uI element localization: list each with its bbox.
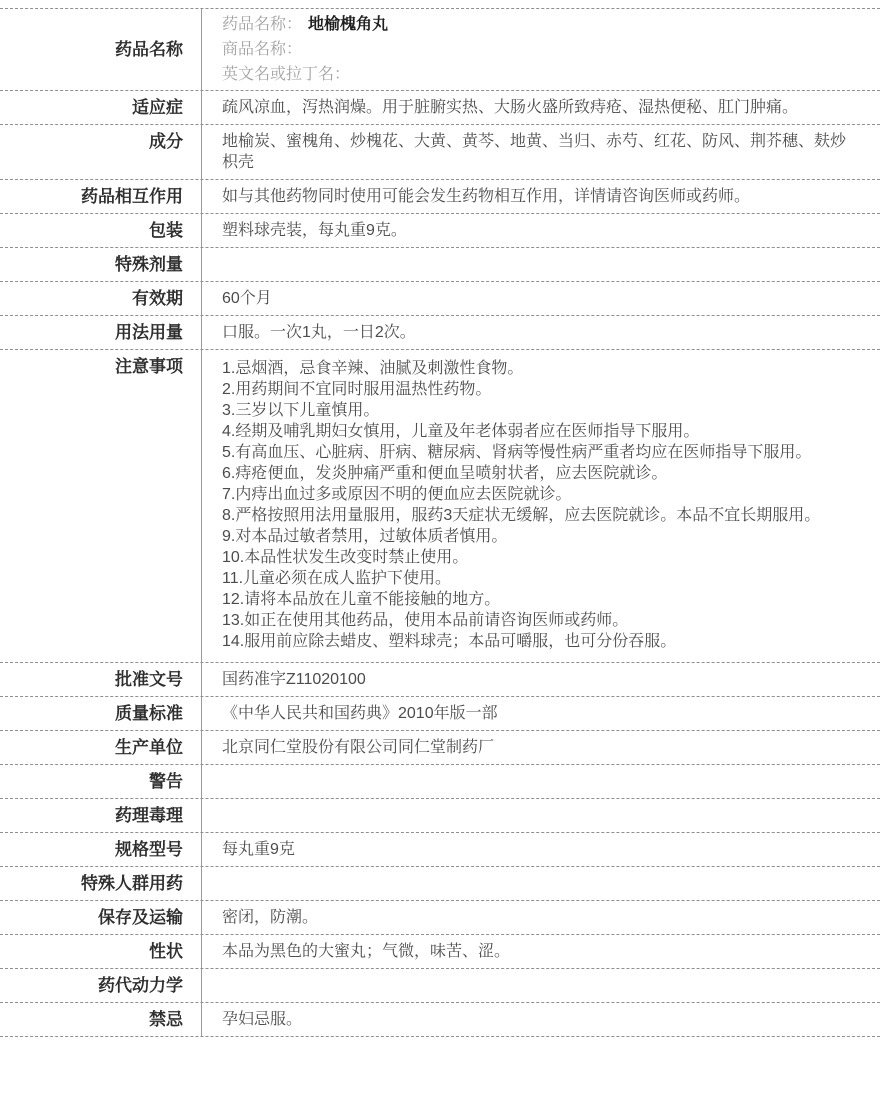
row-label-storage-transport: 保存及运输 xyxy=(0,901,202,934)
row-value-manufacturer: 北京同仁堂股份有限公司同仁堂制药厂 xyxy=(202,731,880,764)
latin-name-key: 英文名或拉丁名： xyxy=(222,66,350,83)
row-label-packaging: 包装 xyxy=(0,214,202,247)
row-label-ingredients: 成分 xyxy=(0,125,202,179)
row-label-dosage-usage: 用法用量 xyxy=(0,316,202,349)
row-value-warning xyxy=(202,765,880,798)
table-row-packaging: 包装 塑料球壳装，每丸重9克。 xyxy=(0,214,880,248)
table-row-approval-number: 批准文号 国药准字Z11020100 xyxy=(0,663,880,697)
row-value-dosage-usage: 口服。一次1丸，一日2次。 xyxy=(202,316,880,349)
table-row-warning: 警告 xyxy=(0,765,880,799)
table-row-drug-interactions: 药品相互作用 如与其他药物同时使用可能会发生药物相互作用，详情请咨询医师或药师。 xyxy=(0,180,880,214)
row-value-specification: 每丸重9克 xyxy=(202,833,880,866)
row-label-approval-number: 批准文号 xyxy=(0,663,202,696)
table-row-description: 性状 本品为黑色的大蜜丸；气微，味苦、涩。 xyxy=(0,935,880,969)
row-value-special-populations xyxy=(202,867,880,900)
row-value-pharmacology-toxicology xyxy=(202,799,880,832)
table-row-shelf-life: 有效期 60个月 xyxy=(0,282,880,316)
table-row-contraindications: 禁忌 孕妇忌服。 xyxy=(0,1003,880,1037)
row-value-pharmacokinetics xyxy=(202,969,880,1002)
table-row-pharmacology-toxicology: 药理毒理 xyxy=(0,799,880,833)
drug-info-table: 药品名称 药品名称：地榆槐角丸 商品名称： 英文名或拉丁名： 适应症 疏风凉血，… xyxy=(0,8,880,1037)
row-label-drug-name: 药品名称 xyxy=(0,9,202,90)
row-label-contraindications: 禁忌 xyxy=(0,1003,202,1036)
row-label-manufacturer: 生产单位 xyxy=(0,731,202,764)
row-label-pharmacokinetics: 药代动力学 xyxy=(0,969,202,1002)
row-label-indications: 适应症 xyxy=(0,91,202,124)
row-value-indications: 疏风凉血，泻热润燥。用于脏腑实热、大肠火盛所致痔疮、湿热便秘、肛门肿痛。 xyxy=(202,91,880,124)
row-value-packaging: 塑料球壳装，每丸重9克。 xyxy=(202,214,880,247)
table-row-pharmacokinetics: 药代动力学 xyxy=(0,969,880,1003)
row-label-warning: 警告 xyxy=(0,765,202,798)
row-value-quality-standard: 《中华人民共和国药典》2010年版一部 xyxy=(202,697,880,730)
table-row-indications: 适应症 疏风凉血，泻热润燥。用于脏腑实热、大肠火盛所致痔疮、湿热便秘、肛门肿痛。 xyxy=(0,91,880,125)
row-label-drug-interactions: 药品相互作用 xyxy=(0,180,202,213)
table-row-quality-standard: 质量标准 《中华人民共和国药典》2010年版一部 xyxy=(0,697,880,731)
table-row-ingredients: 成分 地榆炭、蜜槐角、炒槐花、大黄、黄芩、地黄、当归、赤芍、红花、防风、荆芥穗、… xyxy=(0,125,880,180)
table-row-drug-name: 药品名称 药品名称：地榆槐角丸 商品名称： 英文名或拉丁名： xyxy=(0,9,880,91)
table-row-storage-transport: 保存及运输 密闭，防潮。 xyxy=(0,901,880,935)
drug-name-value: 地榆槐角丸 xyxy=(308,16,388,33)
row-value-ingredients: 地榆炭、蜜槐角、炒槐花、大黄、黄芩、地黄、当归、赤芍、红花、防风、荆芥穗、麸炒枳… xyxy=(202,125,880,179)
row-label-description: 性状 xyxy=(0,935,202,968)
row-label-quality-standard: 质量标准 xyxy=(0,697,202,730)
row-value-drug-interactions: 如与其他药物同时使用可能会发生药物相互作用，详情请咨询医师或药师。 xyxy=(202,180,880,213)
row-label-special-dosage: 特殊剂量 xyxy=(0,248,202,281)
row-label-pharmacology-toxicology: 药理毒理 xyxy=(0,799,202,832)
row-value-contraindications: 孕妇忌服。 xyxy=(202,1003,880,1036)
row-value-storage-transport: 密闭，防潮。 xyxy=(202,901,880,934)
table-row-precautions: 注意事项 1.忌烟酒，忌食辛辣、油腻及刺激性食物。 2.用药期间不宜同时服用温热… xyxy=(0,350,880,663)
row-value-precautions: 1.忌烟酒，忌食辛辣、油腻及刺激性食物。 2.用药期间不宜同时服用温热性药物。 … xyxy=(202,350,880,662)
row-value-shelf-life: 60个月 xyxy=(202,282,880,315)
trade-name-line: 商品名称： xyxy=(222,37,846,62)
table-row-manufacturer: 生产单位 北京同仁堂股份有限公司同仁堂制药厂 xyxy=(0,731,880,765)
row-label-shelf-life: 有效期 xyxy=(0,282,202,315)
table-row-special-populations: 特殊人群用药 xyxy=(0,867,880,901)
drug-name-key: 药品名称： xyxy=(222,16,302,33)
row-label-specification: 规格型号 xyxy=(0,833,202,866)
drug-name-line: 药品名称：地榆槐角丸 xyxy=(222,12,846,37)
table-row-dosage-usage: 用法用量 口服。一次1丸，一日2次。 xyxy=(0,316,880,350)
trade-name-key: 商品名称： xyxy=(222,41,302,58)
row-value-description: 本品为黑色的大蜜丸；气微，味苦、涩。 xyxy=(202,935,880,968)
latin-name-line: 英文名或拉丁名： xyxy=(222,62,846,87)
row-label-precautions: 注意事项 xyxy=(0,350,202,662)
table-row-special-dosage: 特殊剂量 xyxy=(0,248,880,282)
row-label-special-populations: 特殊人群用药 xyxy=(0,867,202,900)
table-row-specification: 规格型号 每丸重9克 xyxy=(0,833,880,867)
drug-name-cell: 药品名称：地榆槐角丸 商品名称： 英文名或拉丁名： xyxy=(202,9,880,90)
row-value-approval-number: 国药准字Z11020100 xyxy=(202,663,880,696)
row-value-special-dosage xyxy=(202,248,880,281)
